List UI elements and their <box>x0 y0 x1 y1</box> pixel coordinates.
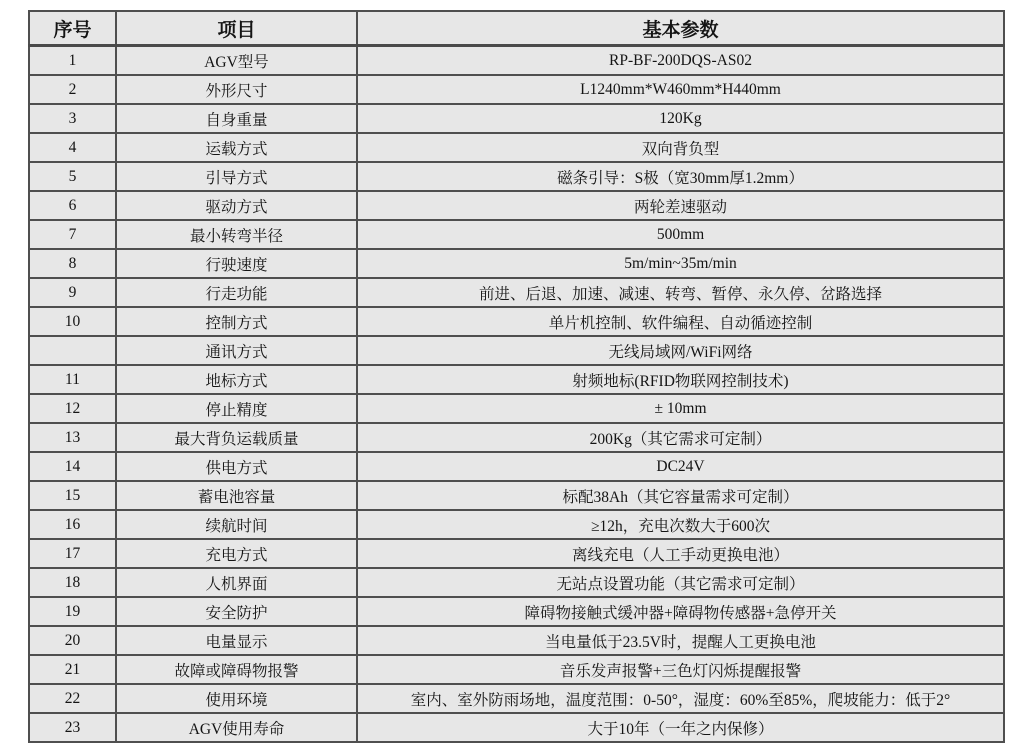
row-index-cell: 15 <box>29 481 116 510</box>
table-row: 20电量显示当电量低于23.5V时，提醒人工更换电池 <box>29 626 1004 655</box>
table-row: 23AGV使用寿命大于10年（一年之内保修） <box>29 713 1004 742</box>
row-index-cell: 14 <box>29 452 116 481</box>
row-value-cell: 双向背负型 <box>357 133 1004 162</box>
row-value-cell: 射频地标(RFID物联网控制技术) <box>357 365 1004 394</box>
row-item-cell: 最大背负运载质量 <box>116 423 357 452</box>
row-item-cell: AGV型号 <box>116 46 357 76</box>
row-item-cell: 停止精度 <box>116 394 357 423</box>
row-item-cell: 使用环境 <box>116 684 357 713</box>
row-item-cell: 电量显示 <box>116 626 357 655</box>
row-value-cell: 磁条引导：S极（宽30mm厚1.2mm） <box>357 162 1004 191</box>
row-index-cell: 4 <box>29 133 116 162</box>
row-value-cell: 5m/min~35m/min <box>357 249 1004 278</box>
table-row: 3自身重量120Kg <box>29 104 1004 133</box>
row-item-cell: 外形尺寸 <box>116 75 357 104</box>
row-value-cell: 当电量低于23.5V时，提醒人工更换电池 <box>357 626 1004 655</box>
table-row: 17充电方式离线充电（人工手动更换电池） <box>29 539 1004 568</box>
row-index-cell: 11 <box>29 365 116 394</box>
row-item-cell: 驱动方式 <box>116 191 357 220</box>
row-value-cell: ± 10mm <box>357 394 1004 423</box>
row-item-cell: 最小转弯半径 <box>116 220 357 249</box>
row-index-cell: 18 <box>29 568 116 597</box>
table-row: 16续航时间≥12h，充电次数大于600次 <box>29 510 1004 539</box>
row-value-cell: 两轮差速驱动 <box>357 191 1004 220</box>
row-value-cell: 离线充电（人工手动更换电池） <box>357 539 1004 568</box>
row-index-cell: 22 <box>29 684 116 713</box>
table-row: 11地标方式射频地标(RFID物联网控制技术) <box>29 365 1004 394</box>
table-row: 2外形尺寸L1240mm*W460mm*H440mm <box>29 75 1004 104</box>
table-row: 12停止精度± 10mm <box>29 394 1004 423</box>
row-index-cell: 16 <box>29 510 116 539</box>
spec-table-container: 序号 项目 基本参数 1AGV型号RP-BF-200DQS-AS022外形尺寸L… <box>28 10 1003 743</box>
table-row: 4运载方式双向背负型 <box>29 133 1004 162</box>
col-header-item: 项目 <box>116 11 357 46</box>
row-value-cell: 无线局域网/WiFi网络 <box>357 336 1004 365</box>
row-value-cell: 大于10年（一年之内保修） <box>357 713 1004 742</box>
row-item-cell: 人机界面 <box>116 568 357 597</box>
row-value-cell: 200Kg（其它需求可定制） <box>357 423 1004 452</box>
table-row: 19安全防护障碍物接触式缓冲器+障碍物传感器+急停开关 <box>29 597 1004 626</box>
row-item-cell: 充电方式 <box>116 539 357 568</box>
table-row: 18人机界面无站点设置功能（其它需求可定制） <box>29 568 1004 597</box>
row-item-cell: 蓄电池容量 <box>116 481 357 510</box>
row-index-cell: 19 <box>29 597 116 626</box>
row-index-cell: 3 <box>29 104 116 133</box>
row-value-cell: 标配38Ah（其它容量需求可定制） <box>357 481 1004 510</box>
row-value-cell: 无站点设置功能（其它需求可定制） <box>357 568 1004 597</box>
row-item-cell: 行走功能 <box>116 278 357 307</box>
row-item-cell: 故障或障碍物报警 <box>116 655 357 684</box>
row-value-cell: L1240mm*W460mm*H440mm <box>357 75 1004 104</box>
spec-table-header: 序号 项目 基本参数 <box>29 11 1004 46</box>
row-item-cell: 自身重量 <box>116 104 357 133</box>
table-row: 15蓄电池容量标配38Ah（其它容量需求可定制） <box>29 481 1004 510</box>
agv-spec-table: 序号 项目 基本参数 1AGV型号RP-BF-200DQS-AS022外形尺寸L… <box>28 10 1005 743</box>
row-value-cell: 障碍物接触式缓冲器+障碍物传感器+急停开关 <box>357 597 1004 626</box>
row-item-cell: 安全防护 <box>116 597 357 626</box>
row-index-cell: 23 <box>29 713 116 742</box>
table-row: 8行驶速度5m/min~35m/min <box>29 249 1004 278</box>
row-value-cell: 单片机控制、软件编程、自动循迹控制 <box>357 307 1004 336</box>
table-row: 9行走功能前进、后退、加速、减速、转弯、暂停、永久停、岔路选择 <box>29 278 1004 307</box>
row-item-cell: 通讯方式 <box>116 336 357 365</box>
row-item-cell: 行驶速度 <box>116 249 357 278</box>
row-value-cell: 120Kg <box>357 104 1004 133</box>
row-index-cell: 8 <box>29 249 116 278</box>
row-index-cell: 21 <box>29 655 116 684</box>
table-row: 21故障或障碍物报警音乐发声报警+三色灯闪烁提醒报警 <box>29 655 1004 684</box>
row-value-cell: 前进、后退、加速、减速、转弯、暂停、永久停、岔路选择 <box>357 278 1004 307</box>
row-index-cell: 20 <box>29 626 116 655</box>
spec-table-body: 1AGV型号RP-BF-200DQS-AS022外形尺寸L1240mm*W460… <box>29 46 1004 743</box>
row-index-cell: 2 <box>29 75 116 104</box>
row-index-cell: 13 <box>29 423 116 452</box>
row-item-cell: 供电方式 <box>116 452 357 481</box>
row-index-cell: 17 <box>29 539 116 568</box>
row-value-cell: 室内、室外防雨场地，温度范围：0-50°，湿度：60%至85%，爬坡能力：低于2… <box>357 684 1004 713</box>
row-item-cell: AGV使用寿命 <box>116 713 357 742</box>
row-value-cell: RP-BF-200DQS-AS02 <box>357 46 1004 76</box>
row-item-cell: 续航时间 <box>116 510 357 539</box>
row-value-cell: ≥12h，充电次数大于600次 <box>357 510 1004 539</box>
table-row: 10控制方式单片机控制、软件编程、自动循迹控制 <box>29 307 1004 336</box>
table-row: 5引导方式磁条引导：S极（宽30mm厚1.2mm） <box>29 162 1004 191</box>
table-row: 13最大背负运载质量200Kg（其它需求可定制） <box>29 423 1004 452</box>
row-value-cell: 音乐发声报警+三色灯闪烁提醒报警 <box>357 655 1004 684</box>
row-index-cell: 10 <box>29 307 116 336</box>
row-item-cell: 控制方式 <box>116 307 357 336</box>
table-row: 通讯方式无线局域网/WiFi网络 <box>29 336 1004 365</box>
row-index-cell: 12 <box>29 394 116 423</box>
row-index-cell <box>29 336 116 365</box>
table-row: 1AGV型号RP-BF-200DQS-AS02 <box>29 46 1004 76</box>
row-value-cell: 500mm <box>357 220 1004 249</box>
row-value-cell: DC24V <box>357 452 1004 481</box>
table-row: 7最小转弯半径500mm <box>29 220 1004 249</box>
row-index-cell: 6 <box>29 191 116 220</box>
table-row: 14供电方式DC24V <box>29 452 1004 481</box>
col-header-index: 序号 <box>29 11 116 46</box>
row-index-cell: 9 <box>29 278 116 307</box>
row-index-cell: 7 <box>29 220 116 249</box>
row-item-cell: 引导方式 <box>116 162 357 191</box>
table-row: 22使用环境室内、室外防雨场地，温度范围：0-50°，湿度：60%至85%，爬坡… <box>29 684 1004 713</box>
header-row: 序号 项目 基本参数 <box>29 11 1004 46</box>
row-item-cell: 地标方式 <box>116 365 357 394</box>
col-header-parameters: 基本参数 <box>357 11 1004 46</box>
row-item-cell: 运载方式 <box>116 133 357 162</box>
row-index-cell: 5 <box>29 162 116 191</box>
table-row: 6驱动方式两轮差速驱动 <box>29 191 1004 220</box>
row-index-cell: 1 <box>29 46 116 76</box>
